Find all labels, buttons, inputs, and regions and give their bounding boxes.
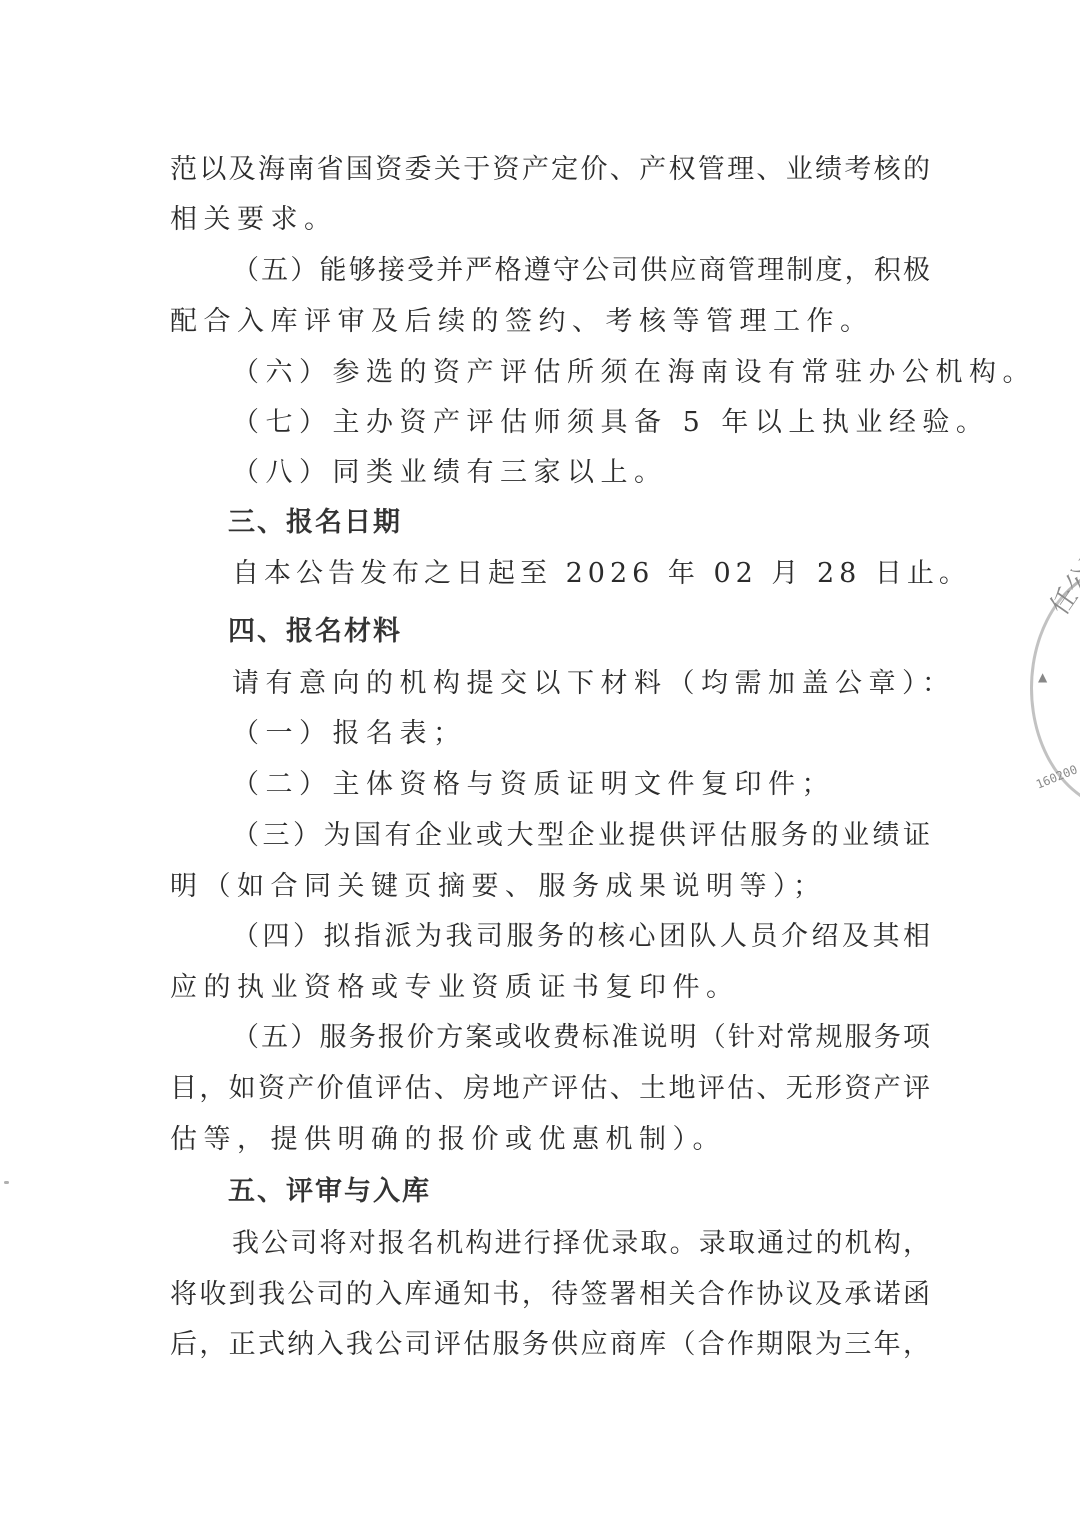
material-item-3-line2: 明（如合同关键页摘要、服务成果说明等）； bbox=[170, 869, 930, 905]
scan-speck bbox=[4, 1181, 9, 1184]
material-item-1: （一）报名表； bbox=[232, 716, 992, 752]
review-paragraph-line3: 后，正式纳入我公司评估服务供应商库（合作期限为三年， bbox=[170, 1327, 930, 1363]
materials-intro: 请有意向的机构提交以下材料（均需加盖公章）： bbox=[232, 666, 992, 702]
material-item-2: （二）主体资格与资质证明文件复印件； bbox=[232, 767, 992, 803]
material-item-3-line1: （三）为国有企业或大型企业提供评估服务的业绩证 bbox=[232, 818, 930, 854]
requirement-item-8: （八）同类业绩有三家以上。 bbox=[232, 455, 992, 491]
review-paragraph-line2: 将收到我公司的入库通知书，待签署相关合作协议及承诺函 bbox=[170, 1277, 930, 1313]
registration-date-text: 自本公告发布之日起至 2026 年 02 月 28 日止。 bbox=[232, 556, 992, 592]
document-page: 范以及海南省国资委关于资产定价、产权管理、业绩考核的 相关要求。 （五）能够接受… bbox=[0, 0, 1080, 1527]
material-item-4-line2: 应的执业资格或专业资质证书复印件。 bbox=[170, 970, 930, 1006]
section-heading-registration-date: 三、报名日期 bbox=[228, 505, 402, 541]
paragraph-line: 范以及海南省国资委关于资产定价、产权管理、业绩考核的 bbox=[170, 152, 930, 188]
requirement-item-5-line1: （五）能够接受并严格遵守公司供应商管理制度，积极 bbox=[232, 253, 930, 289]
material-item-4-line1: （四）拟指派为我司服务的核心团队人员介绍及其相 bbox=[232, 919, 930, 955]
review-paragraph-line1: 我公司将对报名机构进行择优录取。录取通过的机构， bbox=[232, 1226, 930, 1262]
section-heading-registration-materials: 四、报名材料 bbox=[228, 614, 402, 650]
material-item-5-line3: 估等，提供明确的报价或优惠机制）。 bbox=[170, 1122, 930, 1158]
requirement-item-6: （六）参选的资产评估所须在海南设有常驻办公机构。 bbox=[232, 355, 992, 391]
requirement-item-7: （七）主办资产评估师须具备 5 年以上执业经验。 bbox=[232, 405, 992, 441]
material-item-5-line1: （五）服务报价方案或收费标准说明（针对常规服务项 bbox=[232, 1020, 930, 1056]
section-heading-review-and-admission: 五、评审与入库 bbox=[228, 1174, 431, 1210]
seal-star-icon: ▲ bbox=[1038, 670, 1047, 684]
material-item-5-line2: 目，如资产价值评估、房地产评估、土地评估、无形资产评 bbox=[170, 1071, 930, 1107]
requirement-item-5-line2: 配合入库评审及后续的签约、考核等管理工作。 bbox=[170, 304, 930, 340]
seal-text: 任公司 bbox=[1040, 536, 1080, 621]
paragraph-line: 相关要求。 bbox=[170, 202, 930, 238]
